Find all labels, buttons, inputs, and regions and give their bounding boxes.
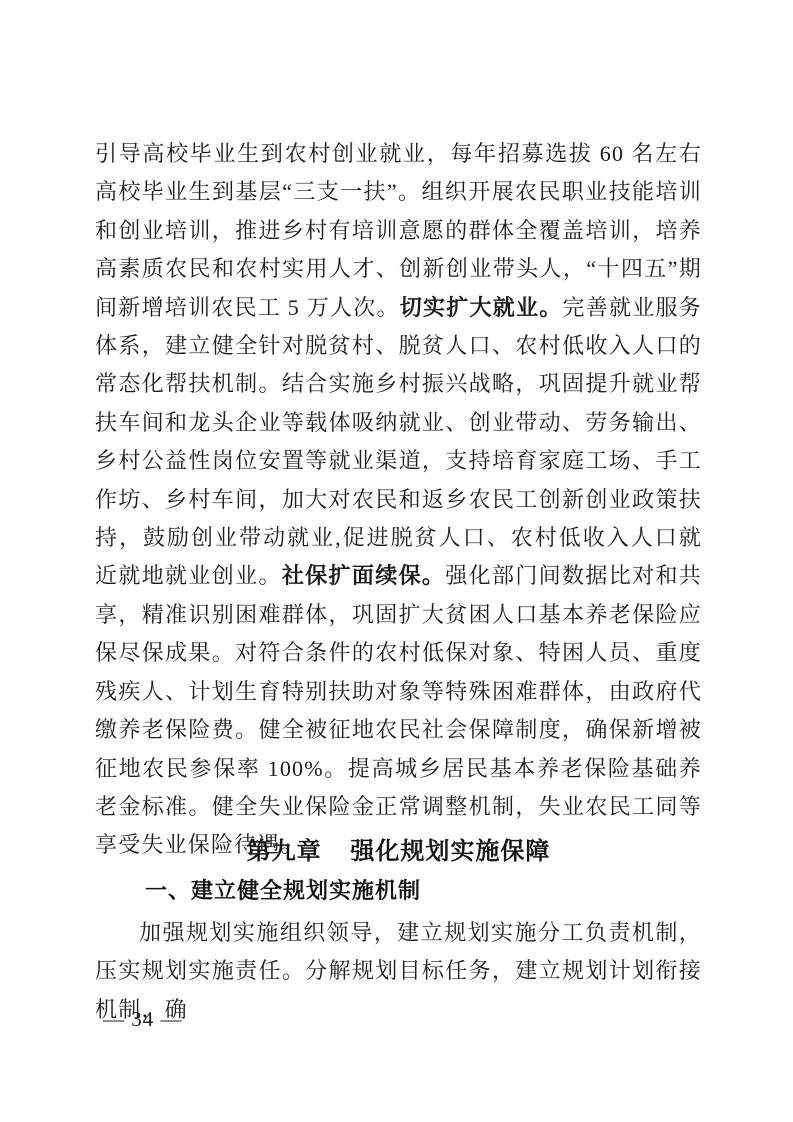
section-heading: 一、建立健全规划实施机制 (95, 872, 702, 910)
paragraph-text-run: 引导高校毕业生到农村创业就业，每年招募选拔 60 名左右高校毕业生到基层“三支一… (95, 141, 702, 320)
paragraph-text-run: 加强规划实施组织领导，建立规划实施分工负责机制，压实规划实施责任。分解规划目标任… (95, 914, 702, 1029)
paragraph-text-run: 完善就业服务体系，建立健全针对脱贫村、脱贫人口、农村低收入人口的常态化帮扶机制。… (95, 295, 702, 589)
body-paragraph-continuation: 引导高校毕业生到农村创业就业，每年招募选拔 60 名左右高校毕业生到基层“三支一… (95, 135, 702, 865)
page-number: — 34 — (103, 1005, 183, 1033)
bold-emphasis-run: 切实扩大就业。 (400, 295, 563, 320)
document-page: 引导高校毕业生到农村创业就业，每年招募选拔 60 名左右高校毕业生到基层“三支一… (0, 0, 793, 1122)
chapter-title: 强化规划实施保障 (350, 838, 550, 865)
bold-emphasis-run: 社保扩面续保。 (282, 563, 445, 588)
paragraph-text-run: 强化部门间数据比对和共享，精准识别困难群体，巩固扩大贫困人口基本养老保险应保尽保… (95, 563, 702, 857)
chapter-number: 第九章 (247, 838, 322, 865)
body-paragraph: 加强规划实施组织领导，建立规划实施分工负责机制，压实规划实施责任。分解规划目标任… (95, 914, 702, 1029)
chapter-heading: 第九章强化规划实施保障 (95, 833, 702, 871)
